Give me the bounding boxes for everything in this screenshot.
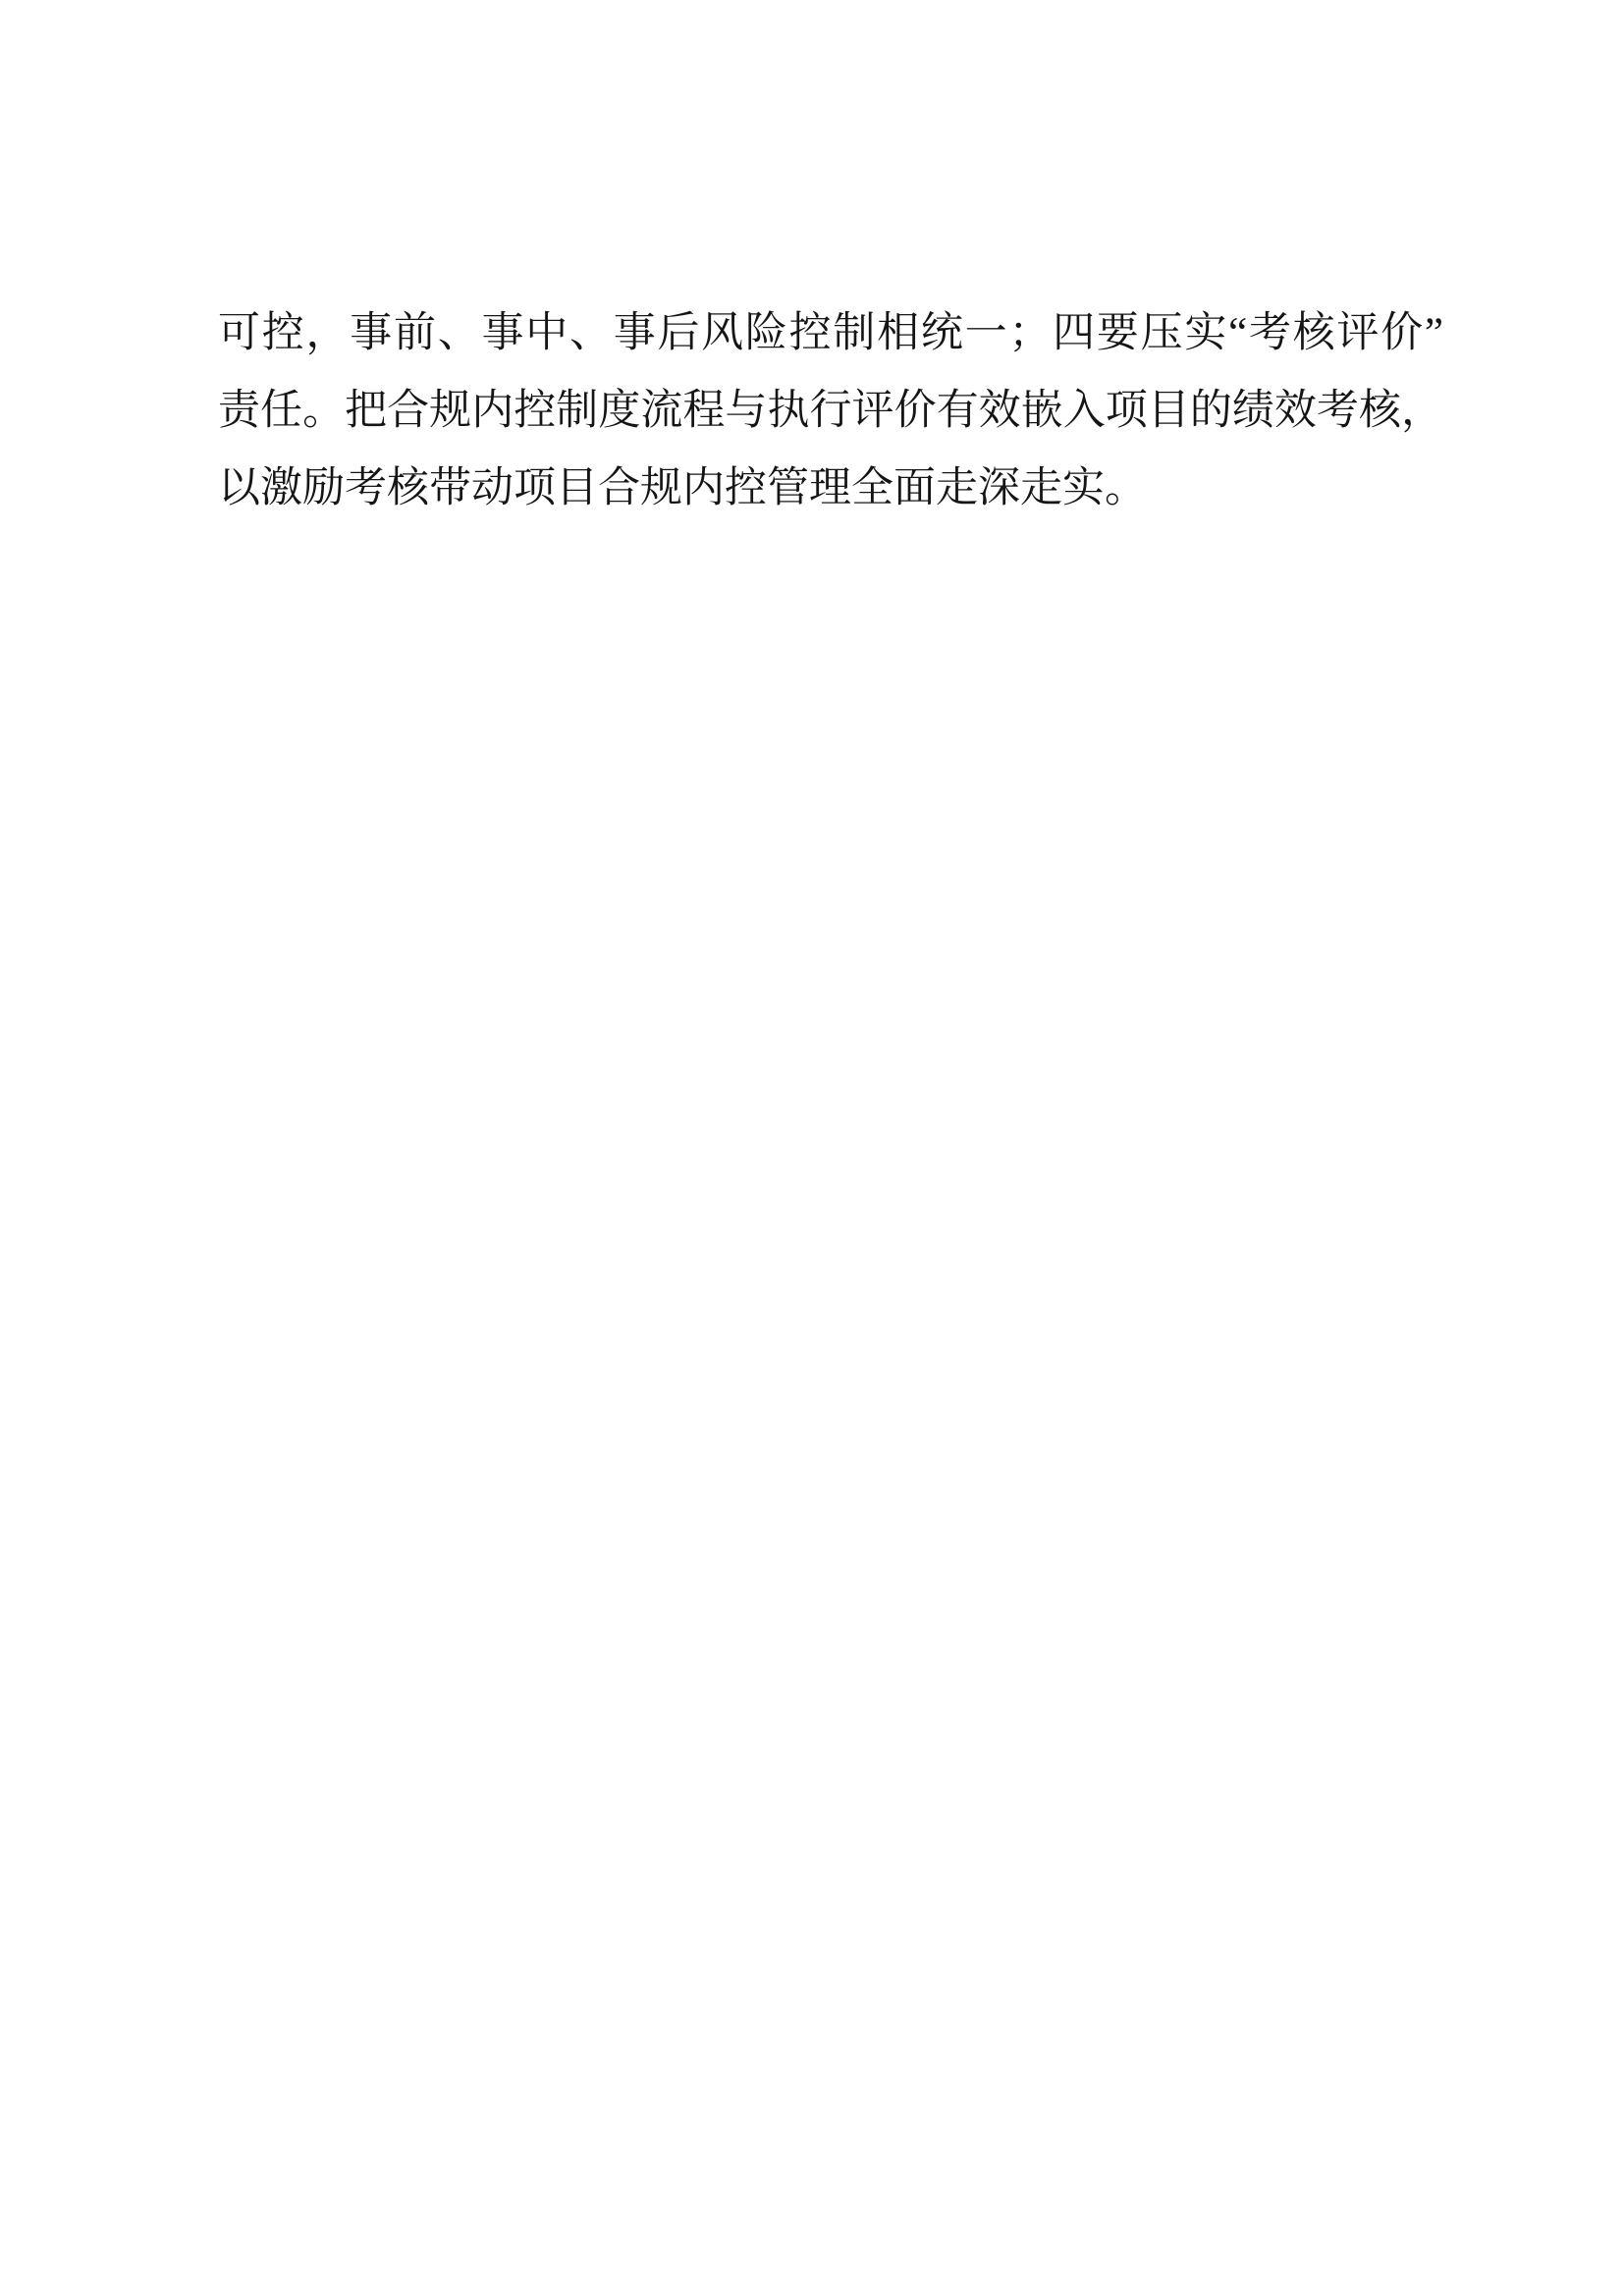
paragraph-block: 可控，事前、事中、事后风险控制相统一；四要压实“考核评价” 责任。把合规内控制度… [218,294,1443,527]
paragraph-line-3: 以激励考核带动项目合规内控管理全面走深走实。 [218,450,1443,527]
paragraph-line-1: 可控，事前、事中、事后风险控制相统一；四要压实“考核评价” [218,294,1443,372]
document-page: 可控，事前、事中、事后风险控制相统一；四要压实“考核评价” 责任。把合规内控制度… [0,0,1624,2296]
paragraph-line-2: 责任。把合规内控制度流程与执行评价有效嵌入项目的绩效考核， [218,372,1443,450]
